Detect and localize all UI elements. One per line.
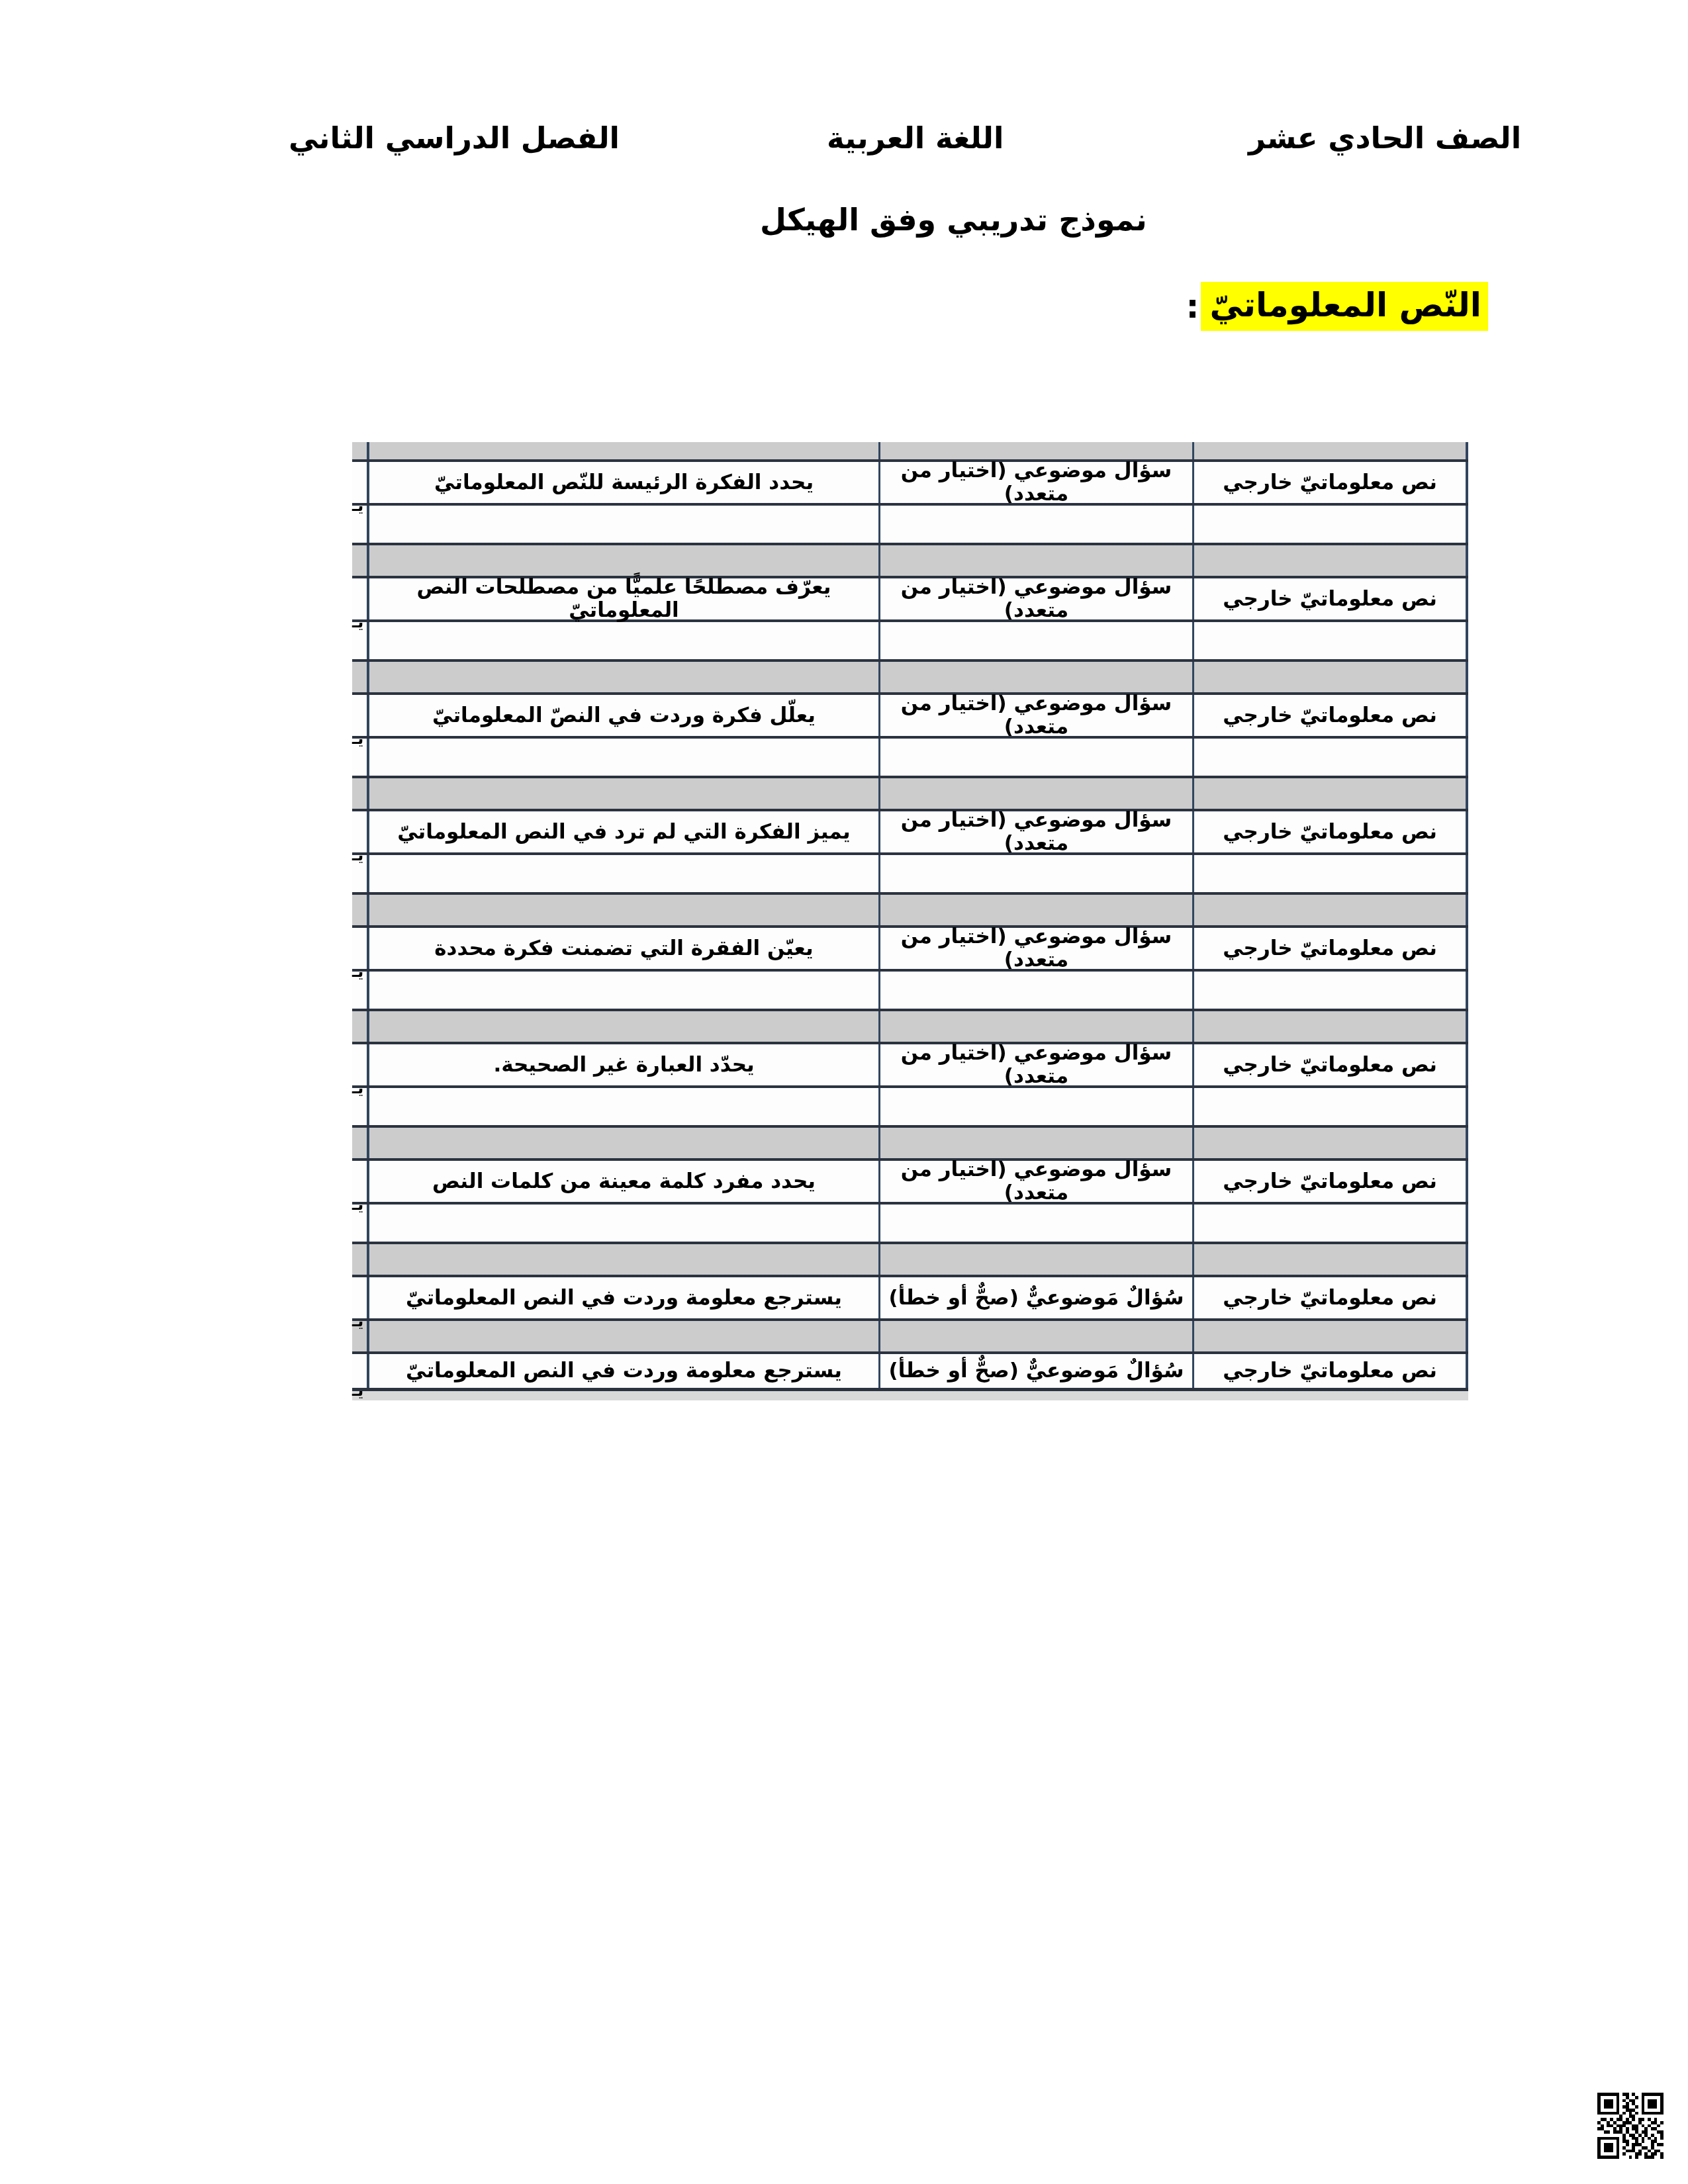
table-row — [352, 543, 1468, 576]
skill-cell — [369, 506, 880, 543]
question-type-cell: سؤال موضوعي (اختيار من متعدد) — [880, 578, 1194, 619]
question-type-cell — [880, 1321, 1194, 1351]
source-cell: نص معلوماتيّ خارجي — [1194, 928, 1468, 969]
skill-cell — [369, 1011, 880, 1042]
source-cell: نص معلوماتيّ خارجي — [1194, 1161, 1468, 1202]
question-type-cell: سُؤالٌ مَوضوعيٌّ (صحٌّ أو خطأ) — [880, 1354, 1194, 1388]
skill-cell — [369, 1205, 880, 1242]
question-type-cell — [880, 778, 1194, 809]
section-colon: : — [1186, 287, 1201, 326]
question-type-cell — [880, 1011, 1194, 1042]
table-row — [352, 1318, 1468, 1351]
clipped-left-column — [352, 1011, 369, 1042]
source-cell — [1194, 1128, 1468, 1158]
question-type-cell — [880, 972, 1194, 1009]
skill-cell — [369, 778, 880, 809]
clipped-text-fragment: يـ — [352, 1197, 363, 1212]
question-type-cell — [880, 545, 1194, 576]
clipped-text-fragment: يـ — [352, 847, 363, 863]
clipped-left-column — [352, 545, 369, 576]
clipped-left-column — [352, 895, 369, 925]
table-row: يـ يعرّف مصطلحًا علميًّا من مصطلحات النص… — [352, 576, 1468, 619]
qr-code — [1597, 2093, 1664, 2159]
page-title: نموذج تدريبي وفق الهيكل — [760, 202, 1147, 238]
table-row: يـ يعلّل فكرة وردت في النصّ المعلوماتيّ … — [352, 692, 1468, 736]
table-row: يـ يسترجع معلومة وردت في النص المعلوماتي… — [352, 1351, 1468, 1391]
table-row: يـ يميز الفكرة التي لم ترد في النص المعل… — [352, 809, 1468, 852]
skill-cell — [369, 895, 880, 925]
question-type-cell — [880, 1128, 1194, 1158]
skill-cell: يعيّن الفقرة التي تضمنت فكرة محددة — [369, 928, 880, 969]
table-row — [352, 892, 1468, 925]
clipped-left-column — [352, 1128, 369, 1158]
clipped-text-fragment: يـ — [352, 498, 363, 514]
table-row — [352, 776, 1468, 809]
source-cell — [1194, 622, 1468, 659]
source-cell — [1194, 778, 1468, 809]
section-heading: النّص المعلوماتيّ: — [1186, 277, 1488, 336]
skill-cell — [369, 545, 880, 576]
clipped-left-column: يـ — [352, 578, 369, 619]
table-row — [352, 1125, 1468, 1158]
skill-cell: يسترجع معلومة وردت في النص المعلوماتيّ — [369, 1354, 880, 1388]
source-cell: نص معلوماتيّ خارجي — [1194, 462, 1468, 503]
skill-cell: يميز الفكرة التي لم ترد في النص المعلوما… — [369, 811, 880, 852]
clipped-left-column: يـ — [352, 1044, 369, 1085]
question-type-cell — [880, 1244, 1194, 1275]
skill-cell — [369, 1128, 880, 1158]
question-type-cell: سؤال موضوعي (اختيار من متعدد) — [880, 462, 1194, 503]
table-row — [352, 503, 1468, 543]
question-type-cell: سؤال موضوعي (اختيار من متعدد) — [880, 928, 1194, 969]
table-row — [352, 852, 1468, 892]
question-type-cell: سؤال موضوعي (اختيار من متعدد) — [880, 811, 1194, 852]
source-cell — [1194, 662, 1468, 692]
clipped-left-column — [352, 1244, 369, 1275]
source-cell — [1194, 506, 1468, 543]
table-row — [352, 659, 1468, 692]
question-type-cell — [880, 855, 1194, 892]
source-cell — [1194, 972, 1468, 1009]
clipped-left-column: يـ — [352, 1161, 369, 1202]
source-cell — [1194, 442, 1468, 459]
table-row — [352, 969, 1468, 1009]
table-row: يـ يحدد الفكرة الرئيسة للنّص المعلوماتيّ… — [352, 459, 1468, 503]
skill-cell — [369, 972, 880, 1009]
source-cell — [1194, 545, 1468, 576]
question-type-cell — [880, 1088, 1194, 1125]
source-cell: نص معلوماتيّ خارجي — [1194, 578, 1468, 619]
skill-cell — [369, 739, 880, 776]
table-bottom-gray-strip — [352, 1391, 1468, 1400]
skill-cell — [369, 1244, 880, 1275]
skill-cell — [369, 855, 880, 892]
table-row: يـ يحدد مفرد كلمة معينة من كلمات النص سؤ… — [352, 1158, 1468, 1202]
source-cell: نص معلوماتيّ خارجي — [1194, 1277, 1468, 1318]
question-type-cell — [880, 739, 1194, 776]
table-row — [352, 1242, 1468, 1275]
question-type-cell — [880, 1205, 1194, 1242]
source-cell — [1194, 1205, 1468, 1242]
clipped-left-column: يـ — [352, 1354, 369, 1388]
skill-cell — [369, 662, 880, 692]
clipped-text-fragment: يـ — [352, 1383, 363, 1398]
source-cell — [1194, 1321, 1468, 1351]
skill-cell — [369, 1321, 880, 1351]
source-cell: نص معلوماتيّ خارجي — [1194, 1354, 1468, 1388]
skill-cell: يحدد الفكرة الرئيسة للنّص المعلوماتيّ — [369, 462, 880, 503]
header-grade: الصف الحادي عشر — [1248, 120, 1521, 156]
question-type-cell — [880, 622, 1194, 659]
table-row: يـ يعيّن الفقرة التي تضمنت فكرة محددة سؤ… — [352, 925, 1468, 969]
source-cell: نص معلوماتيّ خارجي — [1194, 695, 1468, 736]
skills-table: يـ يحدد الفكرة الرئيسة للنّص المعلوماتيّ… — [352, 442, 1468, 1400]
skill-cell: يحدد مفرد كلمة معينة من كلمات النص — [369, 1161, 880, 1202]
question-type-cell: سؤال موضوعي (اختيار من متعدد) — [880, 1161, 1194, 1202]
skill-cell — [369, 442, 880, 459]
clipped-left-column: يـ — [352, 462, 369, 503]
source-cell: نص معلوماتيّ خارجي — [1194, 1044, 1468, 1085]
clipped-text-fragment: يـ — [352, 1080, 363, 1096]
source-cell: نص معلوماتيّ خارجي — [1194, 811, 1468, 852]
table-top-gray-band — [352, 442, 1468, 459]
clipped-text-fragment: يـ — [352, 731, 363, 747]
table-row — [352, 1009, 1468, 1042]
table-row — [352, 1202, 1468, 1242]
table-row — [352, 619, 1468, 659]
source-cell — [1194, 855, 1468, 892]
source-cell — [1194, 1011, 1468, 1042]
question-type-cell — [880, 506, 1194, 543]
clipped-left-column — [352, 662, 369, 692]
skill-cell — [369, 622, 880, 659]
table-row — [352, 1085, 1468, 1125]
table-row — [352, 736, 1468, 776]
clipped-left-column: يـ — [352, 1277, 369, 1318]
question-type-cell — [880, 442, 1194, 459]
question-type-cell: سُؤالٌ مَوضوعيٌّ (صحٌّ أو خطأ) — [880, 1277, 1194, 1318]
skill-cell: يسترجع معلومة وردت في النص المعلوماتيّ — [369, 1277, 880, 1318]
table-row: يـ يحدّد العبارة غير الصحيحة. سؤال موضوع… — [352, 1042, 1468, 1085]
question-type-cell: سؤال موضوعي (اختيار من متعدد) — [880, 1044, 1194, 1085]
clipped-text-fragment: يـ — [352, 614, 363, 630]
table-row: يـ يسترجع معلومة وردت في النص المعلوماتي… — [352, 1275, 1468, 1318]
question-type-cell: سؤال موضوعي (اختيار من متعدد) — [880, 695, 1194, 736]
skill-cell: يعرّف مصطلحًا علميًّا من مصطلحات النص ال… — [369, 578, 880, 619]
skill-cell — [369, 1088, 880, 1125]
clipped-left-column — [352, 778, 369, 809]
source-cell — [1194, 1244, 1468, 1275]
clipped-left-column — [352, 442, 369, 459]
clipped-text-fragment: يـ — [352, 1313, 363, 1329]
question-type-cell — [880, 662, 1194, 692]
skill-cell: يحدّد العبارة غير الصحيحة. — [369, 1044, 880, 1085]
header-semester: الفصل الدراسي الثاني — [289, 120, 620, 156]
skill-cell: يعلّل فكرة وردت في النصّ المعلوماتيّ — [369, 695, 880, 736]
source-cell — [1194, 739, 1468, 776]
page-root: { "page": { "header": { "grade": "الصف ا… — [0, 0, 1688, 2184]
source-cell — [1194, 1088, 1468, 1125]
highlighted-text: النّص المعلوماتيّ — [1201, 282, 1488, 331]
clipped-text-fragment: يـ — [352, 964, 363, 979]
clipped-left-column: يـ — [352, 928, 369, 969]
clipped-left-column: يـ — [352, 695, 369, 736]
source-cell — [1194, 895, 1468, 925]
header-subject: اللغة العربية — [827, 120, 1004, 156]
clipped-left-column: يـ — [352, 811, 369, 852]
question-type-cell — [880, 895, 1194, 925]
